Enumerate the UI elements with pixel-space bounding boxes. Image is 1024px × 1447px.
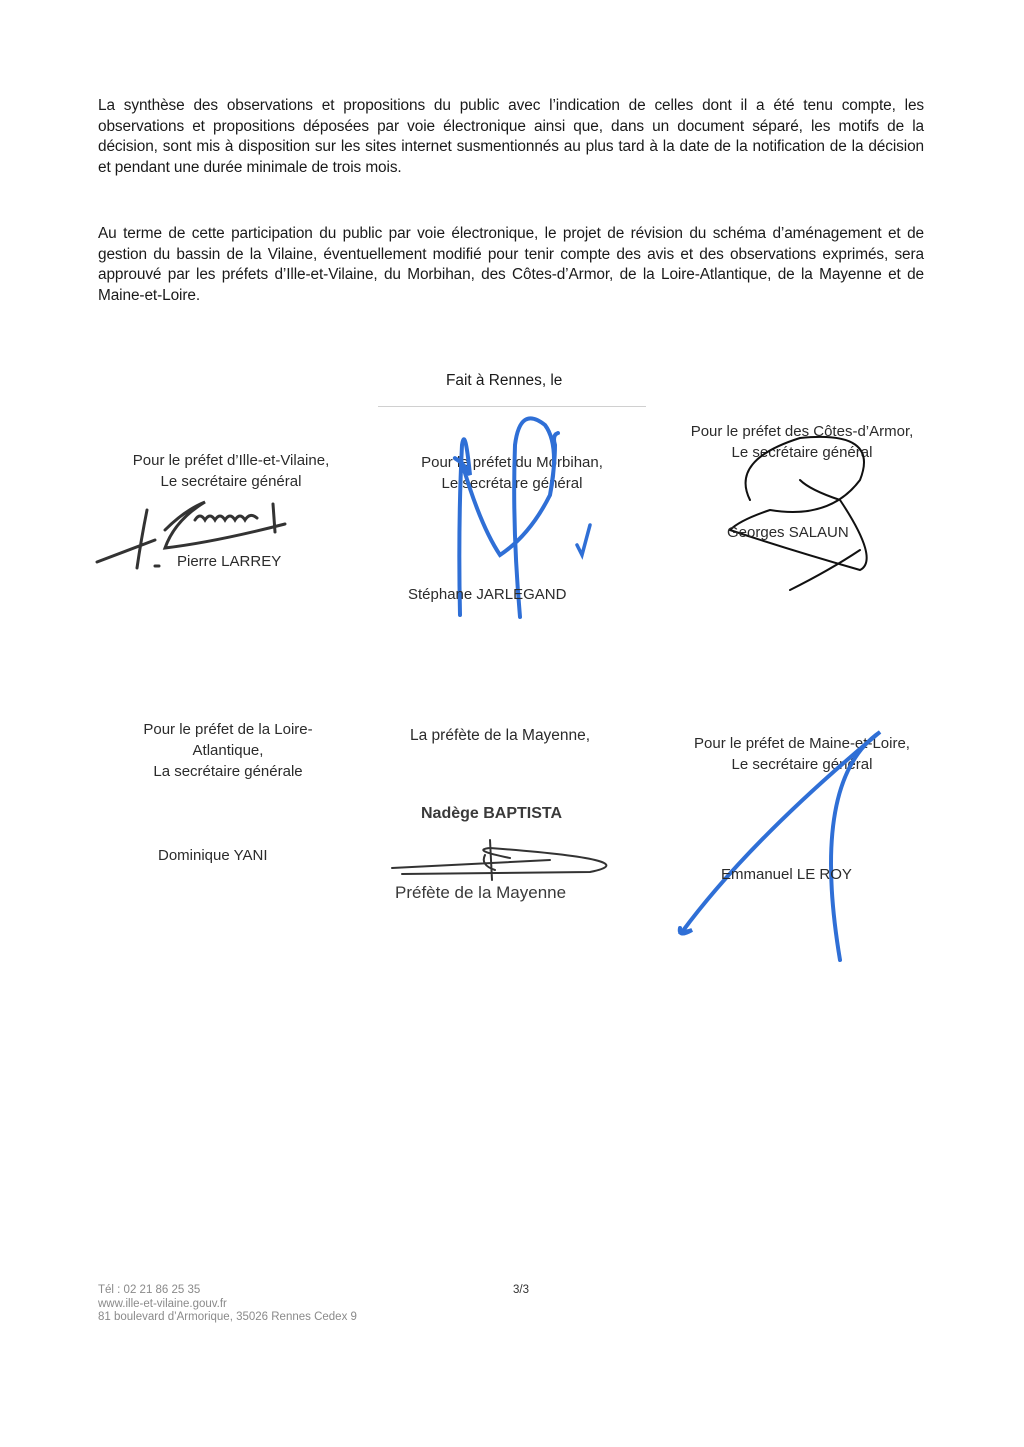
signatory-name: Pierre LARREY — [177, 553, 281, 570]
signature-line1: La préfète de la Mayenne, — [410, 727, 590, 745]
page-number: 3/3 — [513, 1284, 529, 1296]
footer-website[interactable]: www.ille-et-vilaine.gouv.fr — [98, 1298, 357, 1312]
signature-line1: Pour le préfet de Maine-et-Loire, — [662, 733, 942, 754]
signature-line2: Le secrétaire général — [380, 473, 644, 494]
signature-line3: La secrétaire générale — [100, 761, 356, 782]
date-divider — [378, 406, 646, 407]
paragraph-approval: Au terme de cette participation du publi… — [98, 224, 924, 307]
footer-contact: Tél : 02 21 86 25 35 www.ille-et-vilaine… — [98, 1284, 357, 1325]
signature-line1: Pour le préfet d’Ille-et-Vilaine, — [100, 450, 362, 471]
signature-line1: Pour le préfet de la Loire- — [100, 719, 356, 740]
paragraph-synthesis: La synthèse des observations et proposit… — [98, 96, 924, 179]
signatory-name: Georges SALAUN — [727, 524, 849, 541]
signature-line2: Le secrétaire général — [662, 442, 942, 463]
signature-line2: Atlantique, — [100, 740, 356, 761]
footer-phone: Tél : 02 21 86 25 35 — [98, 1284, 357, 1298]
signatory-name: Dominique YANI — [158, 847, 268, 864]
place-date: Fait à Rennes, le — [446, 372, 562, 390]
footer-address: 81 boulevard d’Armorique, 35026 Rennes C… — [98, 1311, 357, 1325]
stamp-title: Préfète de la Mayenne — [395, 883, 566, 903]
signature-line2: Le secrétaire général — [662, 754, 942, 775]
signatory-name: Stéphane JARLEGAND — [408, 586, 566, 603]
signature-line1: Pour le préfet du Morbihan, — [380, 452, 644, 473]
stamp-name: Nadège BAPTISTA — [421, 805, 562, 823]
signature-line2: Le secrétaire général — [100, 471, 362, 492]
signatory-name: Emmanuel LE ROY — [721, 866, 852, 883]
signature-line1: Pour le préfet des Côtes-d’Armor, — [662, 421, 942, 442]
